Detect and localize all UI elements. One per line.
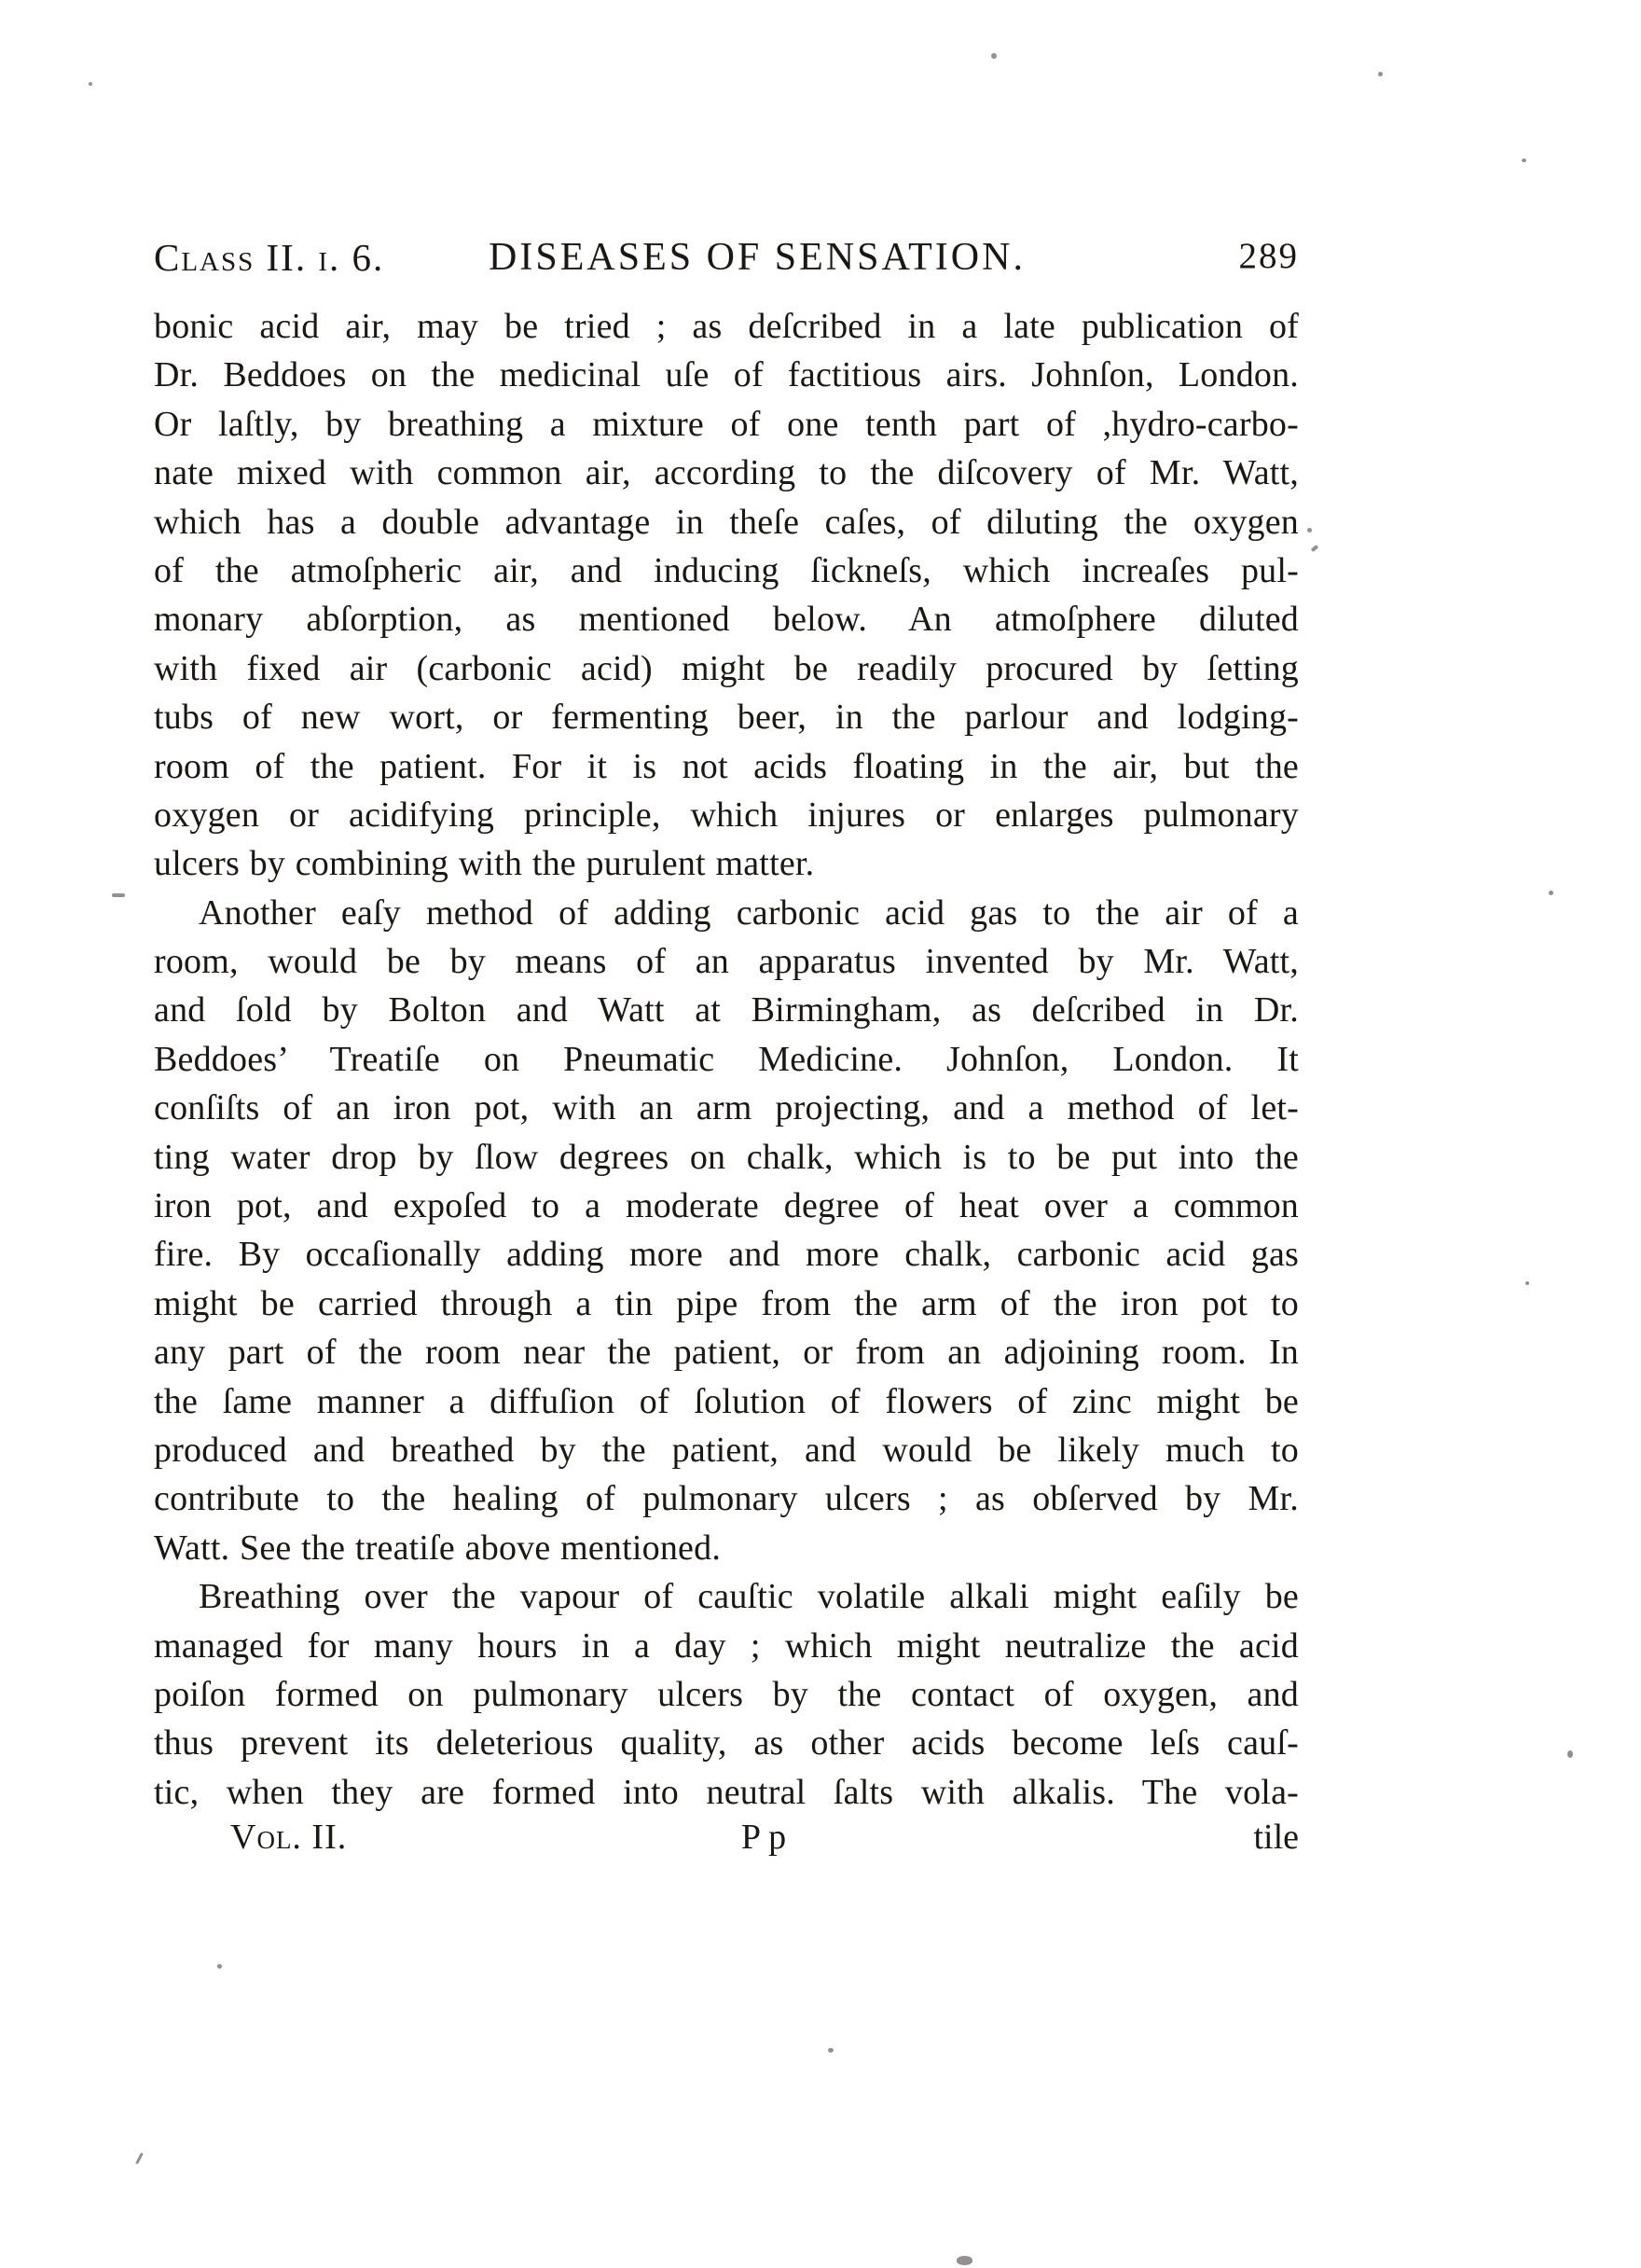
text-line: Breathing over the vapour of cauſtic vol… (154, 1572, 1299, 1621)
scan-artifact-dot (1522, 159, 1526, 162)
text-line: thus prevent its deleterious quality, as… (154, 1719, 1299, 1767)
text-line: room of the patient. For it is not acids… (154, 742, 1299, 791)
page-body: bonic acid air, may be tried ; as deſcri… (154, 302, 1299, 1817)
text-line: produced and breathed by the patient, an… (154, 1426, 1299, 1474)
scan-artifact-dot (1567, 1750, 1573, 1758)
scan-artifact-dot (135, 2152, 144, 2164)
scan-artifact-dot (991, 53, 997, 59)
scan-artifact-dot (1525, 1281, 1529, 1285)
text-line: poiſon formed on pulmonary ulcers by the… (154, 1670, 1299, 1719)
text-line: monary abſorption, as mentioned below. A… (154, 595, 1299, 643)
text-line: managed for many hours in a day ; which … (154, 1622, 1299, 1670)
text-line: ting water drop by ſlow degrees on chalk… (154, 1133, 1299, 1182)
text-line: might be carried through a tin pipe from… (154, 1279, 1299, 1328)
text-line: Or laſtly, by breathing a mixture of one… (154, 400, 1299, 449)
scan-artifact-dot (1307, 528, 1312, 532)
scan-artifact-dot (1549, 891, 1553, 895)
book-page: Class II. i. 6. DISEASES OF SENSATION. 2… (0, 0, 1641, 2268)
text-line: and ſold by Bolton and Watt at Birmingha… (154, 986, 1299, 1034)
text-line: bonic acid air, may be tried ; as deſcri… (154, 302, 1299, 351)
scan-artifact-dot (1378, 72, 1383, 76)
text-line: nate mixed with common air, according to… (154, 449, 1299, 497)
text-line: ulcers by combining with the purulent ma… (154, 839, 1299, 888)
text-line: Another eaſy method of adding carbonic a… (154, 889, 1299, 937)
page-footer: Vol. II. P p tile (154, 1817, 1299, 1869)
text-line: contribute to the healing of pulmonary u… (154, 1474, 1299, 1523)
text-line: of the atmoſpheric air, and inducing ſic… (154, 546, 1299, 595)
text-line: iron pot, and expoſed to a moderate degr… (154, 1182, 1299, 1230)
scan-artifact-dot (1311, 545, 1319, 552)
text-line: tubs of new wort, or fermenting beer, in… (154, 693, 1299, 741)
text-line: Beddoes’ Treatiſe on Pneumatic Medicine.… (154, 1035, 1299, 1084)
scan-artifact-dot (217, 1964, 222, 1969)
text-line: tic, when they are formed into neutral ſ… (154, 1768, 1299, 1817)
text-line: Dr. Beddoes on the medicinal uſe of fact… (154, 351, 1299, 399)
page-number: 289 (154, 235, 1299, 287)
text-line: the ſame manner a diffuſion of ſolution … (154, 1377, 1299, 1426)
running-head: Class II. i. 6. DISEASES OF SENSATION. 2… (154, 235, 1299, 287)
scan-artifact-dot (957, 2256, 972, 2265)
text-line: which has a double advantage in theſe ca… (154, 498, 1299, 546)
text-line: oxygen or acidifying principle, which in… (154, 791, 1299, 839)
text-line: room, would be by means of an apparatus … (154, 937, 1299, 986)
text-line: fire. By occaſionally adding more and mo… (154, 1230, 1299, 1279)
text-line: with fixed air (carbonic acid) might be … (154, 644, 1299, 693)
scan-artifact-dot (112, 893, 125, 897)
text-line: conſiſts of an iron pot, with an arm pro… (154, 1084, 1299, 1132)
text-line: any part of the room near the patient, o… (154, 1328, 1299, 1376)
scan-artifact-dot (828, 2048, 834, 2053)
text-line: Watt. See the treatiſe above mentioned. (154, 1524, 1299, 1572)
catchword: tile (154, 1817, 1299, 1869)
scan-artifact-dot (89, 82, 92, 86)
